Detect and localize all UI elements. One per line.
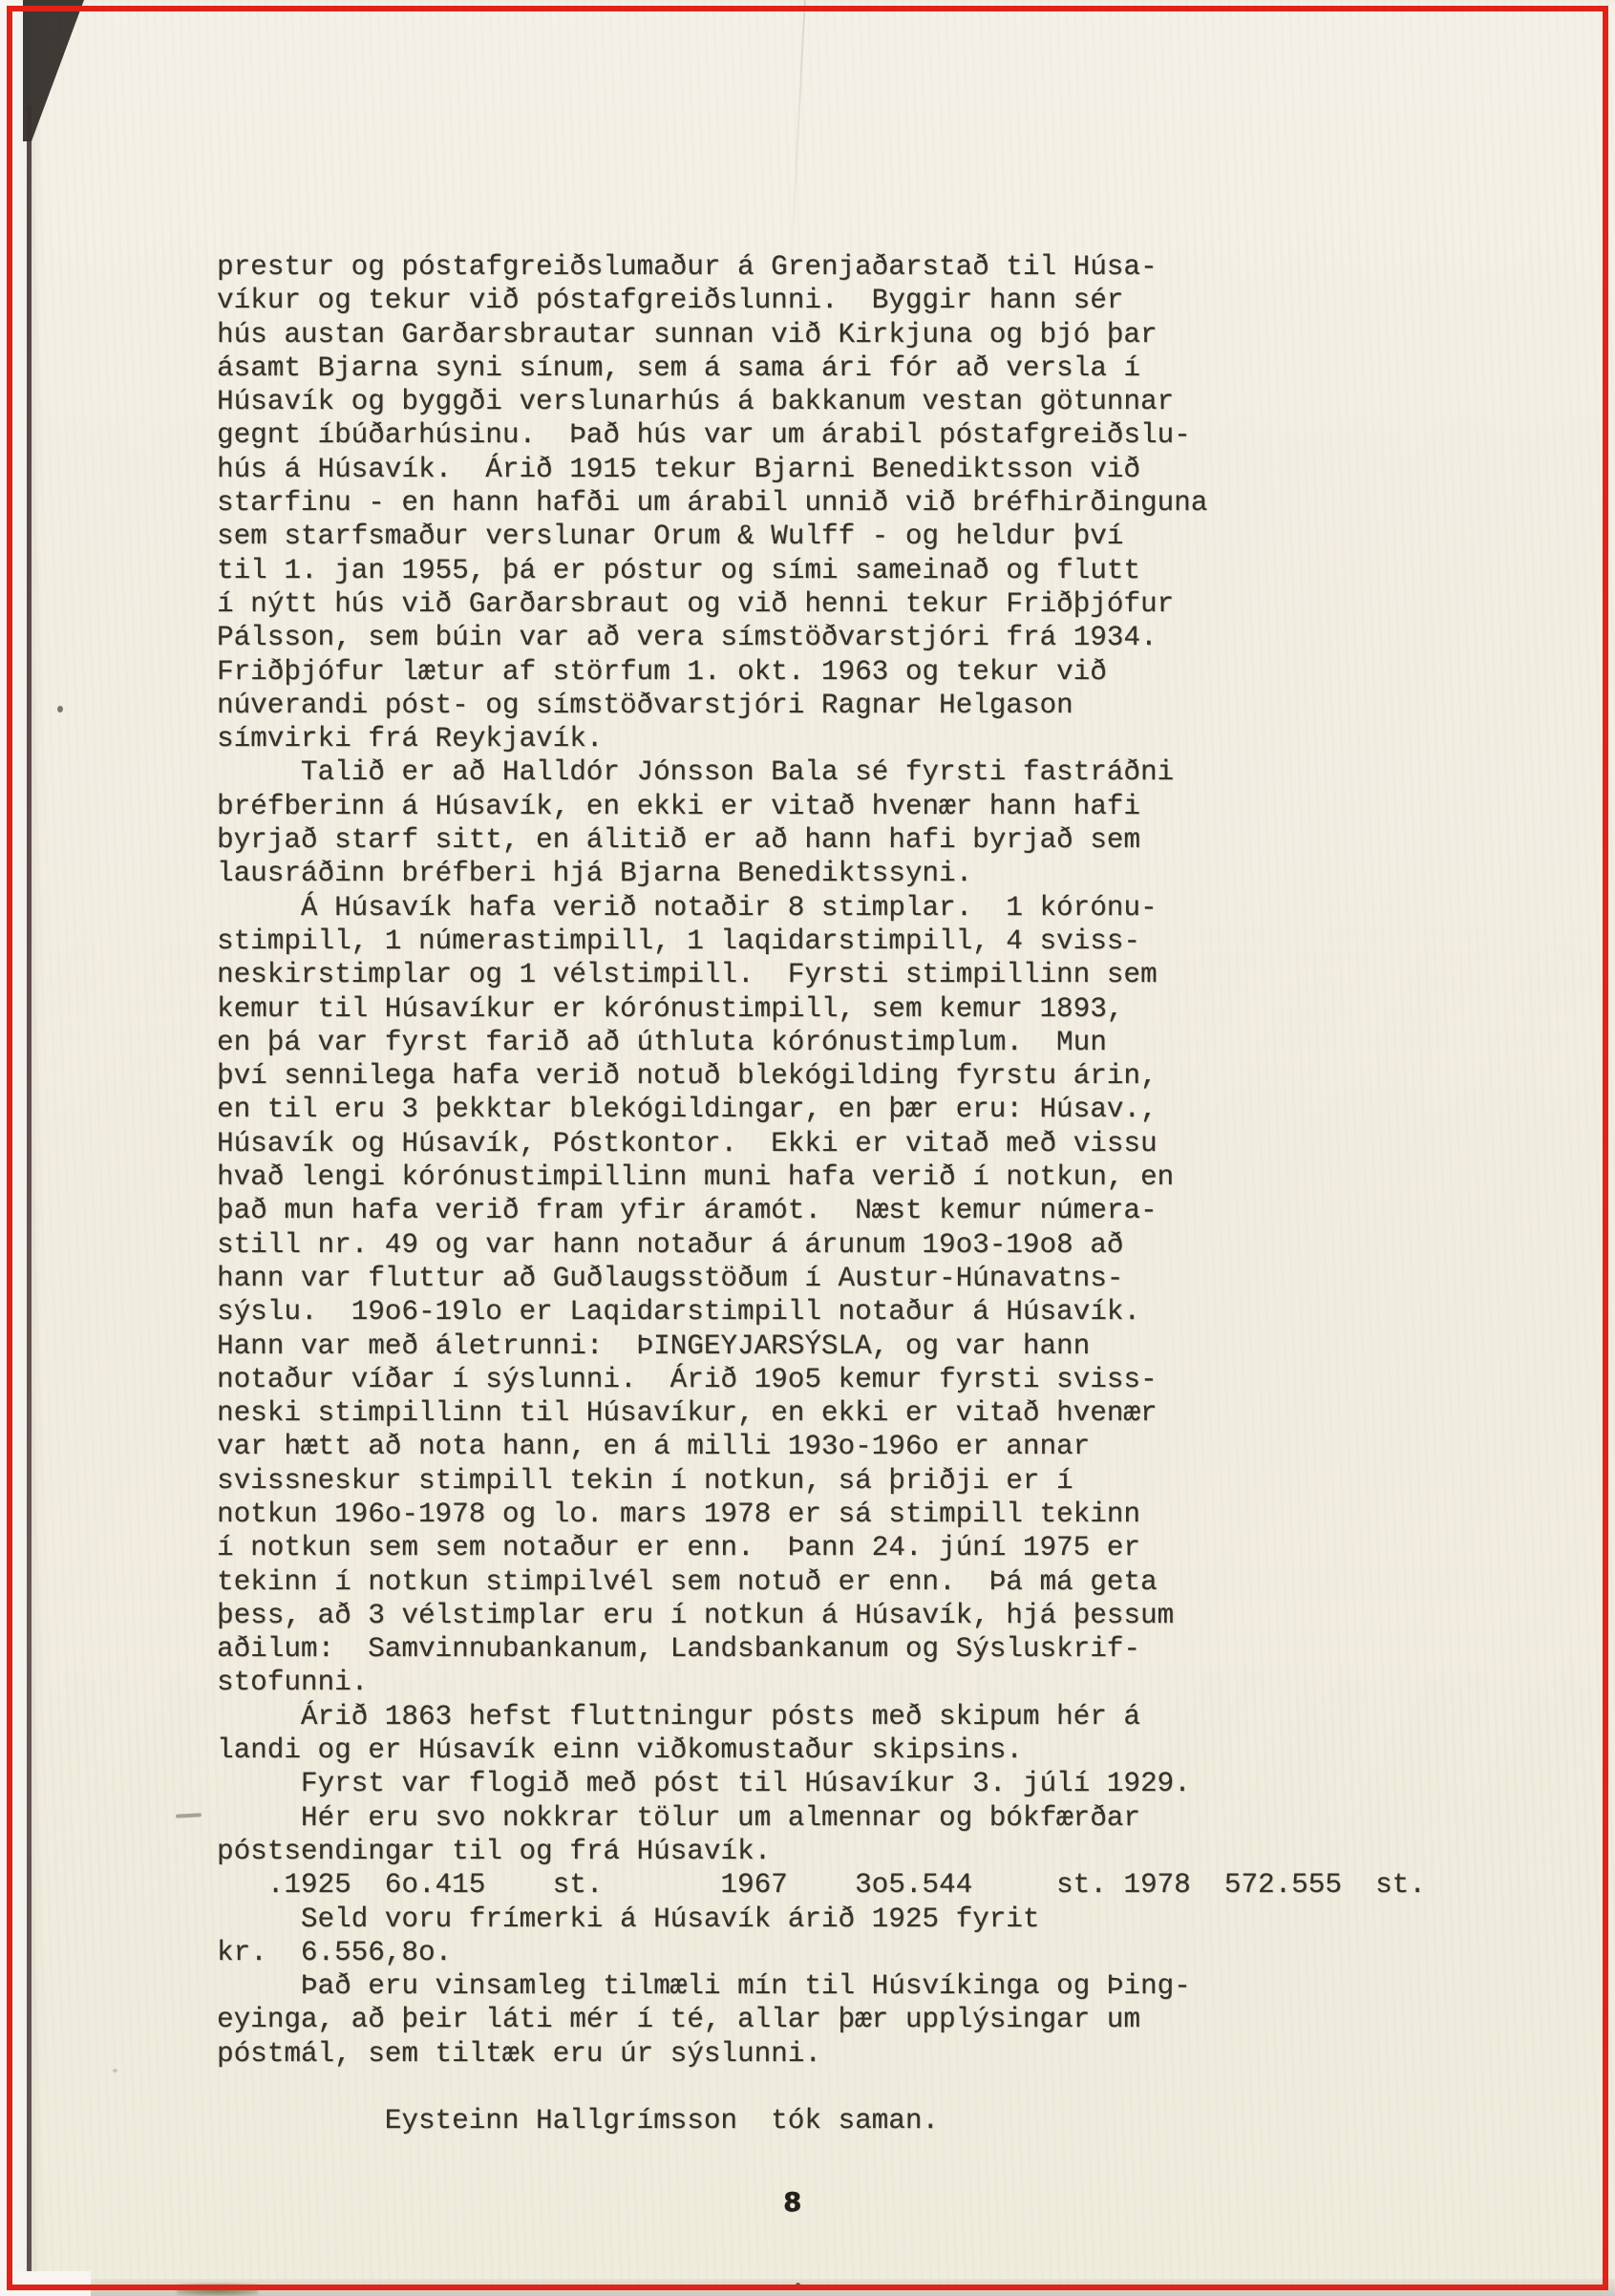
text-line: í notkun sem sem notaður er enn. Þann 24… bbox=[217, 1531, 1426, 1564]
text-line: það mun hafa verið fram yfir áramót. Næs… bbox=[217, 1194, 1426, 1227]
text-line: ásamt Bjarna syni sínum, sem á sama ári … bbox=[217, 351, 1426, 385]
text-line: Pálsson, sem búin var að vera símstöðvar… bbox=[217, 621, 1426, 654]
text-line: símvirki frá Reykjavík. bbox=[217, 722, 1426, 755]
text-line: en til eru 3 þekktar blekógildingar, en … bbox=[217, 1093, 1426, 1126]
text-line: prestur og póstafgreiðslumaður á Grenjað… bbox=[217, 250, 1426, 284]
text-line: hús á Húsavík. Árið 1915 tekur Bjarni Be… bbox=[217, 453, 1426, 486]
text-line: Eysteinn Hallgrímsson tók saman. bbox=[217, 2104, 1426, 2137]
text-line: hús austan Garðarsbrautar sunnan við Kir… bbox=[217, 318, 1426, 351]
text-line: Hann var með áletrunni: ÞINGEYJARSÝSLA, … bbox=[217, 1329, 1426, 1363]
scan-bottom-edge bbox=[86, 2279, 1615, 2296]
scan-edge-smudge bbox=[177, 2284, 258, 2296]
text-line: því sennilega hafa verið notuð blekógild… bbox=[217, 1059, 1426, 1093]
text-line: stofunni. bbox=[217, 1666, 1426, 1699]
text-line: notkun 196o-1978 og lo. mars 1978 er sá … bbox=[217, 1498, 1426, 1531]
typewritten-text-block: prestur og póstafgreiðslumaður á Grenjað… bbox=[217, 250, 1426, 2138]
text-line: gegnt íbúðarhúsinu. Það hús var um árabi… bbox=[217, 418, 1426, 452]
text-line: neskirstimplar og 1 vélstimpill. Fyrsti … bbox=[217, 958, 1426, 991]
text-line: lausráðinn bréfberi hjá Bjarna Benedikts… bbox=[217, 857, 1426, 890]
text-line: Húsavík og Húsavík, Póstkontor. Ekki er … bbox=[217, 1127, 1426, 1160]
text-line: víkur og tekur við póstafgreiðslunni. By… bbox=[217, 284, 1426, 317]
text-line: eyinga, að þeir láti mér í té, allar þær… bbox=[217, 2003, 1426, 2036]
text-line: sem starfsmaður verslunar Orum & Wulff -… bbox=[217, 520, 1426, 553]
text-line: Hér eru svo nokkrar tölur um almennar og… bbox=[217, 1801, 1426, 1835]
text-line: í nýtt hús við Garðarsbraut og við henni… bbox=[217, 587, 1426, 621]
text-line: kr. 6.556,8o. bbox=[217, 1936, 1426, 1969]
text-line: Friðþjófur lætur af störfum 1. okt. 1963… bbox=[217, 655, 1426, 689]
text-line: svissneskur stimpill tekin í notkun, sá … bbox=[217, 1464, 1426, 1498]
scanner-background-strip bbox=[0, 0, 27, 2296]
text-line: hvað lengi kórónustimpillinn muni hafa v… bbox=[217, 1160, 1426, 1194]
text-line: kemur til Húsavíkur er kórónustimpill, s… bbox=[217, 992, 1426, 1026]
text-line: tekinn í notkun stimpilvél sem notuð er … bbox=[217, 1565, 1426, 1599]
text-line: var hætt að nota hann, en á milli 193o-1… bbox=[217, 1430, 1426, 1463]
text-line: aðilum: Samvinnubankanum, Landsbankanum … bbox=[217, 1632, 1426, 1666]
text-line: bréfberinn á Húsavík, en ekki er vitað h… bbox=[217, 790, 1426, 823]
text-line: Fyrst var flogið með póst til Húsavíkur … bbox=[217, 1767, 1426, 1800]
text-line: stimpill, 1 númerastimpill, 1 laqidarsti… bbox=[217, 925, 1426, 958]
text-line: póstsendingar til og frá Húsavík. bbox=[217, 1835, 1426, 1868]
text-line: en þá var fyrst farið að úthluta kórónus… bbox=[217, 1026, 1426, 1059]
text-line: póstmál, sem tiltæk eru úr sýslunni. bbox=[217, 2037, 1426, 2071]
text-line: til 1. jan 1955, þá er póstur og sími sa… bbox=[217, 554, 1426, 587]
text-line: notaður víðar í sýslunni. Árið 19o5 kemu… bbox=[217, 1363, 1426, 1396]
text-line: Árið 1863 hefst fluttningur pósts með sk… bbox=[217, 1700, 1426, 1733]
text-line: hann var fluttur að Guðlaugsstöðum í Aus… bbox=[217, 1262, 1426, 1295]
text-line: landi og er Húsavík einn viðkomustaður s… bbox=[217, 1733, 1426, 1767]
stray-ink-dot bbox=[796, 2283, 800, 2287]
text-line: byrjað starf sitt, en álitið er að hann … bbox=[217, 823, 1426, 857]
stray-paper-speck bbox=[113, 2069, 117, 2073]
text-line: neski stimpillinn til Húsavíkur, en ekki… bbox=[217, 1396, 1426, 1430]
text-line: núverandi póst- og símstöðvarstjóri Ragn… bbox=[217, 689, 1426, 722]
text-line: Húsavík og byggði verslunarhús á bakkanu… bbox=[217, 385, 1426, 418]
text-line: þess, að 3 vélstimplar eru í notkun á Hú… bbox=[217, 1599, 1426, 1632]
text-line: Á Húsavík hafa verið notaðir 8 stimplar.… bbox=[217, 891, 1426, 925]
text-line: Talið er að Halldór Jónsson Bala sé fyrs… bbox=[217, 755, 1426, 789]
text-line bbox=[217, 2071, 1426, 2104]
page-number: 8 bbox=[783, 2187, 801, 2221]
text-line: starfinu - en hann hafði um árabil unnið… bbox=[217, 486, 1426, 520]
text-line: sýslu. 19o6-19lo er Laqidarstimpill nota… bbox=[217, 1295, 1426, 1329]
text-line: .1925 6o.415 st. 1967 3o5.544 st. 1978 5… bbox=[217, 1868, 1426, 1902]
scan-bottom-corner bbox=[0, 2271, 91, 2296]
text-line: still nr. 49 og var hann notaður á árunu… bbox=[217, 1228, 1426, 1262]
stray-ink-speck bbox=[57, 706, 63, 712]
text-line: Seld voru frímerki á Húsavík árið 1925 f… bbox=[217, 1903, 1426, 1936]
page-edge-shadow-line bbox=[27, 105, 32, 2279]
text-line: Það eru vinsamleg tilmæli mín til Húsvík… bbox=[217, 1969, 1426, 2003]
